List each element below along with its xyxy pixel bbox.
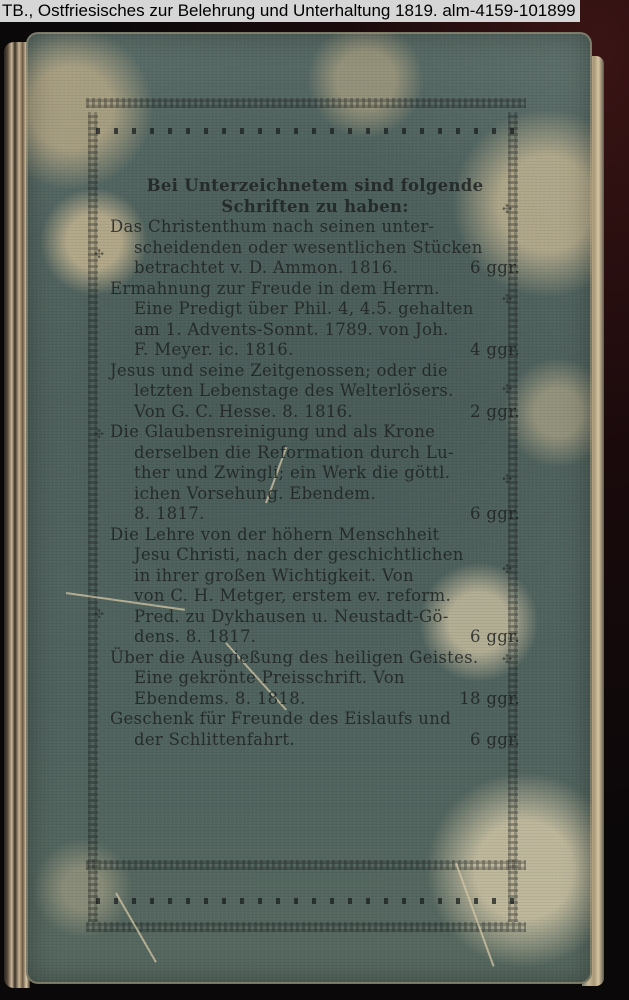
book-entry: Geschenk für Freunde des Eislaufs und de… [110, 709, 520, 750]
image-caption: TB., Ostfriesisches zur Belehrung und Un… [0, 0, 580, 22]
entry-title-line: dens. 8. 1817. [134, 627, 256, 646]
entry-price: 6 ggr. [470, 627, 520, 648]
ornament-border-left [88, 112, 98, 922]
entry-price: 2 ggr. [470, 402, 520, 423]
entry-title-line: Geschenk für Freunde des Eislaufs und [110, 709, 520, 730]
entry-title-line: F. Meyer. ic. 1816. [134, 340, 294, 359]
ornament-border-bottom [86, 860, 526, 870]
entry-price: 6 ggr. [470, 730, 520, 751]
entry-title-line: Ermahnung zur Freude in dem Herrn. [110, 279, 520, 300]
entry-title-line: in ihrer großen Wichtigkeit. Von [110, 566, 520, 587]
entry-title-line: Über die Ausgießung des heiligen Geistes… [110, 648, 520, 669]
entry-title-line: Ebendems. 8. 1818. [134, 689, 306, 708]
entry-title-line: Eine gekrönte Preisschrift. Von [110, 668, 520, 689]
entry-title-line: scheidenden oder wesentlichen Stücken [110, 238, 520, 259]
entry-title-line: von C. H. Metger, erstem ev. reform. [110, 586, 520, 607]
entry-price: 6 ggr. [470, 258, 520, 279]
entry-title-line: ichen Vorsehung. Ebendem. [110, 484, 520, 505]
book-entry: Über die Ausgießung des heiligen Geistes… [110, 648, 520, 710]
book-entry: Das Christenthum nach seinen unter- sche… [110, 217, 520, 279]
ornament-rule-top [96, 128, 516, 134]
ornament-border-top [86, 98, 526, 108]
book-entry: Die Lehre von der höhern Menschheit Jesu… [110, 525, 520, 648]
entry-title-line: ther und Zwingli; ein Werk die göttl. [110, 463, 520, 484]
book-entry: Die Glaubensreinigung und als Krone ders… [110, 422, 520, 525]
book-entry: Jesus und seine Zeitgenossen; oder die l… [110, 361, 520, 423]
entry-title-line: betrachtet v. D. Ammon. 1816. [134, 258, 398, 277]
wear-crack [455, 863, 495, 967]
ornament-star-icon: ✣ [94, 427, 104, 441]
advert-heading-line-1: Bei Unterzeichnetem sind folgende [110, 176, 520, 197]
entry-price: 4 ggr. [470, 340, 520, 361]
advert-heading-line-2: Schriften zu haben: [110, 197, 520, 218]
book-entry: Ermahnung zur Freude in dem Herrn. Eine … [110, 279, 520, 361]
entry-title-line: der Schlittenfahrt. [134, 730, 295, 749]
entry-title-line: Jesu Christi, nach der geschichtlichen [110, 545, 520, 566]
entry-title-line: Pred. zu Dykhausen u. Neustadt-Gö- [110, 607, 520, 628]
entry-title-line: 8. 1817. [134, 504, 205, 523]
entry-title-line: derselben die Reformation durch Lu- [110, 443, 520, 464]
advertisement-text: Bei Unterzeichnetem sind folgende Schrif… [110, 176, 520, 750]
entry-title-line: Die Glaubensreinigung und als Krone [110, 422, 520, 443]
entry-price: 6 ggr. [470, 504, 520, 525]
entry-title-line: Eine Predigt über Phil. 4, 4.5. gehalten [110, 299, 520, 320]
entry-title-line: letzten Lebenstage des Welterlösers. [110, 381, 520, 402]
ornament-star-icon: ✣ [94, 607, 104, 621]
entry-title-line: Die Lehre von der höhern Menschheit [110, 525, 520, 546]
entry-title-line: am 1. Advents-Sonnt. 1789. von Joh. [110, 320, 520, 341]
entry-title-line: Das Christenthum nach seinen unter- [110, 217, 520, 238]
ornament-border-bottom-2 [86, 922, 526, 932]
entry-title-line: Von G. C. Hesse. 8. 1816. [134, 402, 353, 421]
entry-price: 18 ggr. [459, 689, 520, 710]
ornament-rule-bottom [96, 898, 516, 904]
ornament-star-icon: ✣ [94, 247, 104, 261]
entry-title-line: Jesus und seine Zeitgenossen; oder die [110, 361, 520, 382]
